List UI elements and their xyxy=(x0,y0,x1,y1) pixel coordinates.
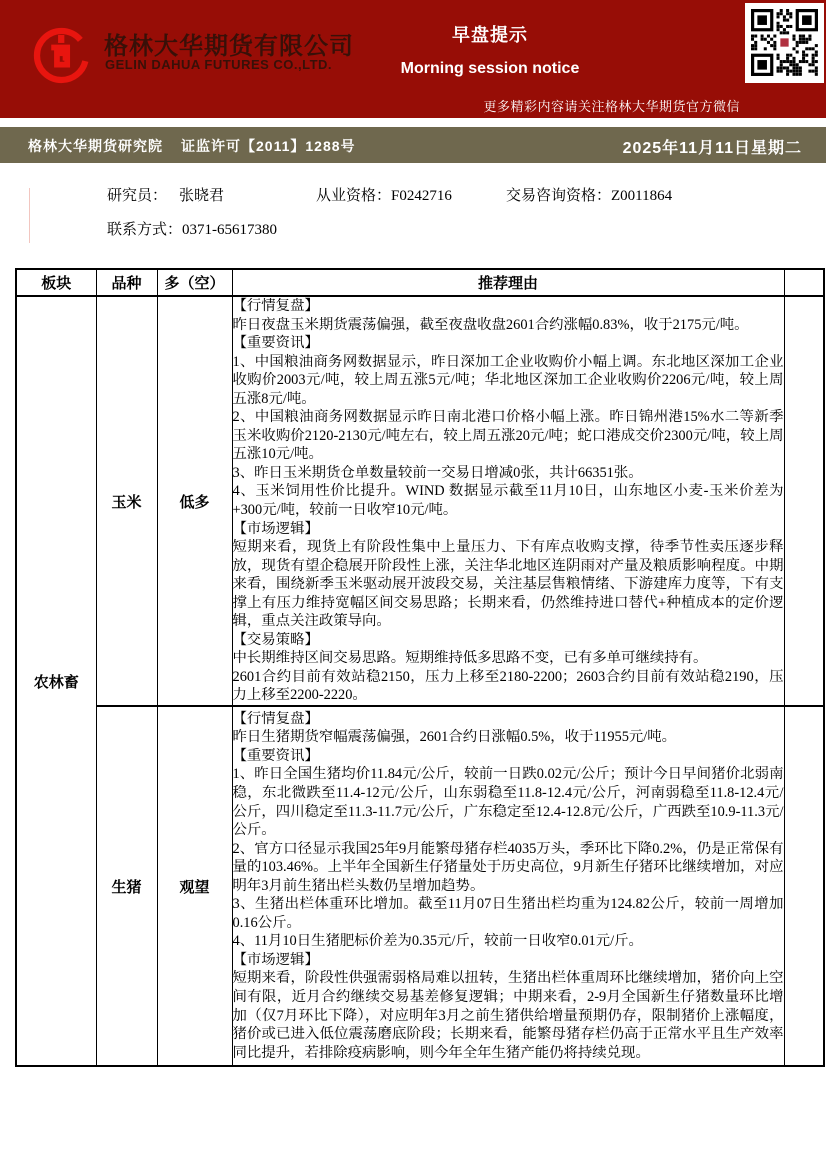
notice-title-cn: 早盘提示 xyxy=(330,21,650,47)
reason-line: 3、昨日玉米期货仓单数量较前一交易日增减0张，共计66351张。 xyxy=(233,464,784,483)
researcher-label: 研究员： xyxy=(107,188,167,204)
researcher-row: 研究员：张晓君 xyxy=(107,184,224,205)
reason-line: 昨日生猪期货窄幅震荡偏强，2601合约日涨幅0.5%，收于11955元/吨。 xyxy=(233,728,784,747)
table-header-sector: 板块 xyxy=(16,269,96,296)
table-row: 生猪 观望 【行情复盘】昨日生猪期货窄幅震荡偏强，2601合约日涨幅0.5%，收… xyxy=(16,706,824,1066)
researcher-info: 研究员：张晓君 从业资格：F0242716 交易咨询资格：Z0011864 联系… xyxy=(0,163,826,263)
reason-cell: 【行情复盘】昨日夜盘玉米期货震荡偏强，截至夜盘收盘2601合约涨幅0.83%，收… xyxy=(232,296,784,706)
institute-label: 格林大华期货研究院 xyxy=(28,138,163,154)
blank-cell xyxy=(784,706,824,1066)
notice-title-block: 早盘提示 Morning session notice xyxy=(330,0,650,96)
advisory-label: 交易咨询资格： xyxy=(506,188,611,204)
researcher-name: 张晓君 xyxy=(179,188,224,204)
research-bar: 格林大华期货研究院证监许可【2011】1288号 2025年11月11日星期二 xyxy=(0,127,826,163)
contact-label: 联系方式： xyxy=(107,222,182,238)
reason-line: 4、11月10日生猪肥标价差为0.35元/斤，较前一日收窄0.01元/斤。 xyxy=(233,932,784,951)
qualification-label: 从业资格： xyxy=(316,188,391,204)
advisory-value: Z0011864 xyxy=(611,188,672,204)
contact-row: 联系方式：0371-65617380 xyxy=(107,218,277,239)
blank-cell xyxy=(784,296,824,706)
advisory-row: 交易咨询资格：Z0011864 xyxy=(506,184,672,205)
wechat-qr-code xyxy=(745,3,824,83)
reason-line: 2、官方口径显示我国25年9月能繁母猪存栏4035万头，季环比下降0.2%，仍是… xyxy=(233,840,784,896)
table-header-variety: 品种 xyxy=(96,269,157,296)
reason-line: 2、中国粮油商务网数据显示昨日南北港口价格小幅上涨。昨日锦州港15%水二等新季玉… xyxy=(233,408,784,464)
reason-line: 1、昨日全国生猪均价11.84元/公斤，较前一日跌0.02元/公斤；预计今日早间… xyxy=(233,765,784,839)
wechat-note: 更多精彩内容请关注格林大华期货官方微信 xyxy=(483,96,740,115)
contact-value: 0371-65617380 xyxy=(182,222,277,238)
reason-line: 【交易策略】 xyxy=(233,631,784,650)
reason-line: 【重要资讯】 xyxy=(233,334,784,353)
reason-line: 3、生猪出栏体重环比增加。截至11月07日生猪出栏均重为124.82公斤，较前一… xyxy=(233,895,784,932)
banner: 格林大华期货有限公司 GELIN DAHUA FUTURES CO.,LTD. … xyxy=(0,0,826,118)
reason-line: 【重要资讯】 xyxy=(233,747,784,766)
table-row: 农林畜 玉米 低多 【行情复盘】昨日夜盘玉米期货震荡偏强，截至夜盘收盘2601合… xyxy=(16,296,824,706)
license-label: 证监许可【2011】1288号 xyxy=(181,138,356,154)
qualification-value: F0242716 xyxy=(391,188,452,204)
qualification-row: 从业资格：F0242716 xyxy=(316,184,452,205)
table-header-row: 板块 品种 多（空） 推荐理由 xyxy=(16,269,824,296)
variety-cell: 玉米 xyxy=(96,296,157,706)
reason-cell: 【行情复盘】昨日生猪期货窄幅震荡偏强，2601合约日涨幅0.5%，收于11955… xyxy=(232,706,784,1066)
table-header-reason: 推荐理由 xyxy=(232,269,784,296)
variety-cell: 生猪 xyxy=(96,706,157,1066)
reason-line: 【行情复盘】 xyxy=(233,710,784,729)
morning-notice-page: 格林大华期货有限公司 GELIN DAHUA FUTURES CO.,LTD. … xyxy=(0,0,826,1169)
reason-line: 短期来看，阶段性供强需弱格局难以扭转，生猪出栏体重周环比继续增加，猪价向上空间有… xyxy=(233,969,784,1062)
position-cell: 观望 xyxy=(157,706,232,1066)
table-header-blank xyxy=(784,269,824,296)
company-logo-icon xyxy=(33,27,90,84)
company-name-cn: 格林大华期货有限公司 xyxy=(104,26,354,61)
reason-line: 【行情复盘】 xyxy=(233,297,784,316)
date-label: 2025年11月11日星期二 xyxy=(623,135,802,158)
position-cell: 低多 xyxy=(157,296,232,706)
reason-line: 【市场逻辑】 xyxy=(233,951,784,970)
reason-line: 中长期维持区间交易思路。短期维持低多思路不变，已有多单可继续持有。 xyxy=(233,649,784,668)
institute-and-license: 格林大华期货研究院证监许可【2011】1288号 xyxy=(28,136,356,156)
reason-line: 【市场逻辑】 xyxy=(233,520,784,539)
reason-line: 昨日夜盘玉米期货震荡偏强，截至夜盘收盘2601合约涨幅0.83%，收于2175元… xyxy=(233,316,784,335)
reason-line: 4、玉米饲用性价比提升。WIND 数据显示截至11月10日，山东地区小麦-玉米价… xyxy=(233,482,784,519)
sector-cell: 农林畜 xyxy=(16,296,96,1066)
recommendation-table: 板块 品种 多（空） 推荐理由 农林畜 玉米 低多 【行情复盘】昨日夜盘玉米期货… xyxy=(15,268,825,1067)
left-guide-rule xyxy=(29,188,30,243)
reason-line: 1、中国粮油商务网数据显示，昨日深加工企业收购价小幅上调。东北地区深加工企业收购… xyxy=(233,353,784,409)
reason-line: 2601合约目前有效站稳2150，压力上移至2180-2200；2603合约目前… xyxy=(233,668,784,705)
company-name-en: GELIN DAHUA FUTURES CO.,LTD. xyxy=(105,57,332,72)
table-header-position: 多（空） xyxy=(157,269,232,296)
reason-line: 短期来看，现货上有阶段性集中上量压力、下有库点收购支撑，待季节性卖压逐步释放，现… xyxy=(233,538,784,631)
notice-title-en: Morning session notice xyxy=(330,60,650,78)
